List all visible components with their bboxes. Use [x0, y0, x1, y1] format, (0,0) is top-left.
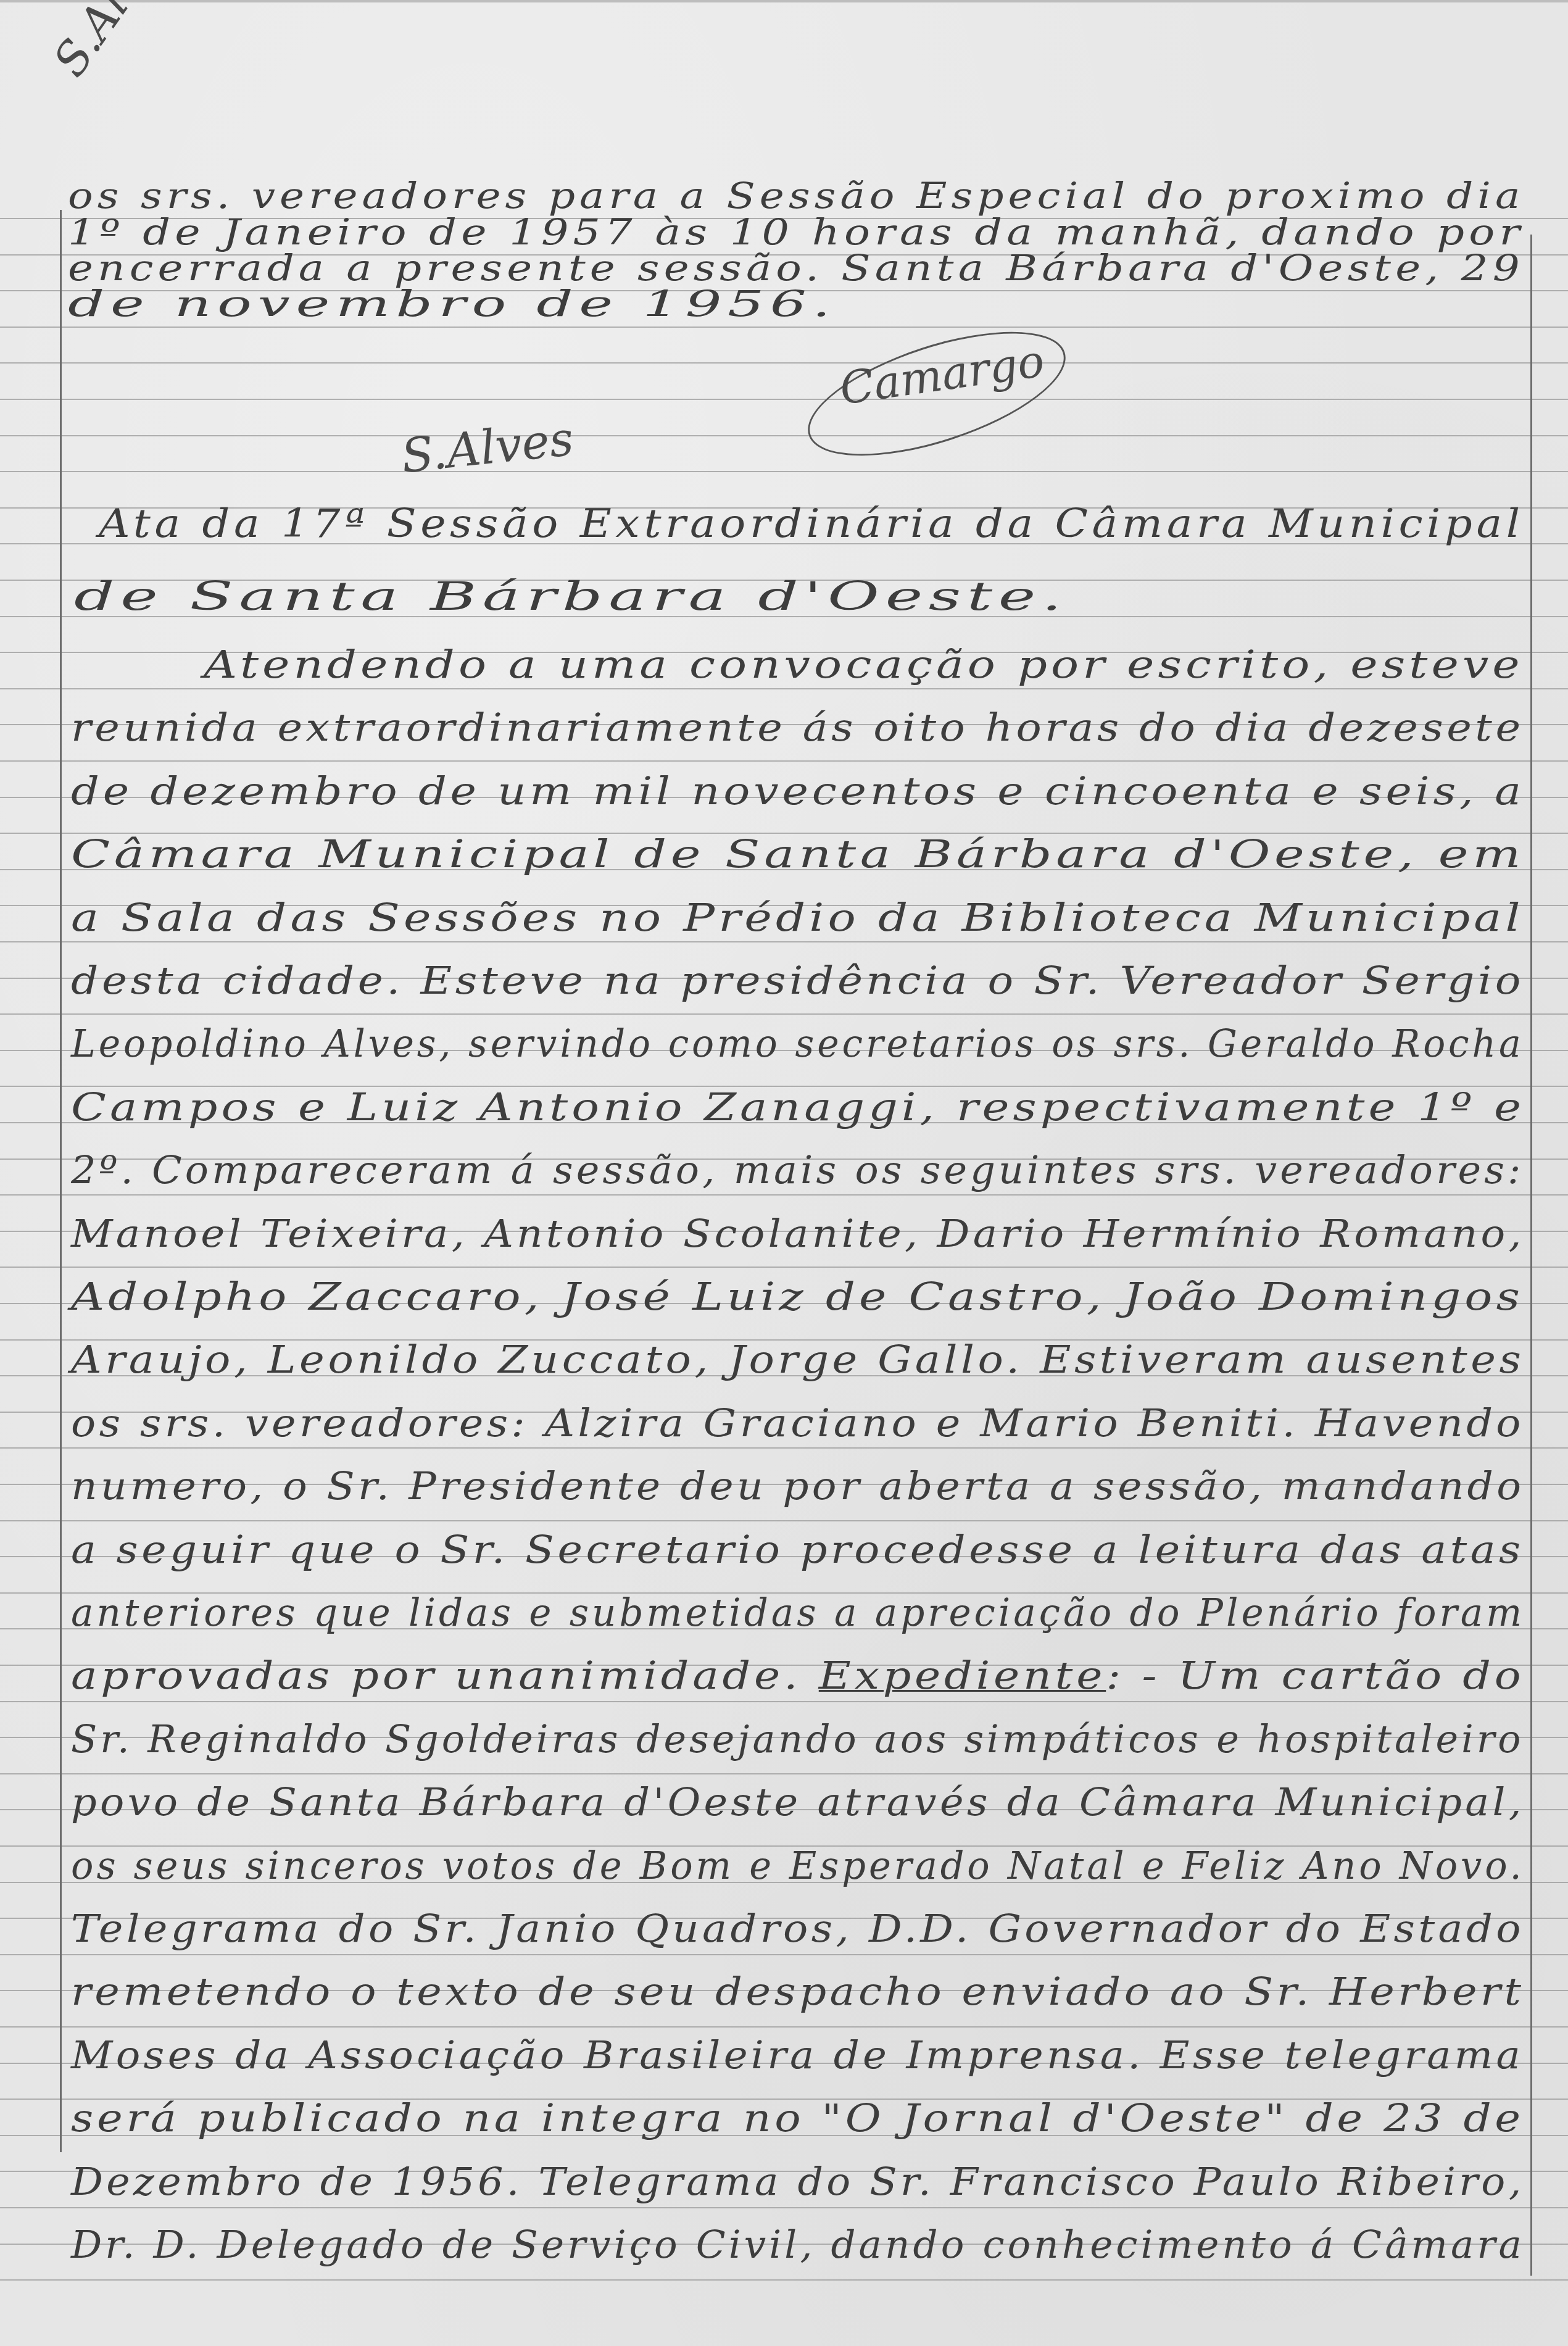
minutes-body-line: Manoel Teixeira, Antonio Scolanite, Dari… [71, 1211, 1525, 1256]
minutes-heading-line-1: Ata da 17ª Sessão Extraordinária da Câma… [99, 501, 1524, 547]
prev-minutes-line-1: os srs. vereadores para a Sessão Especia… [68, 175, 1524, 217]
ruled-line [0, 1013, 1568, 1015]
minutes-body-line: 2º. Compareceram á sessão, mais os segui… [71, 1147, 1524, 1192]
ruled-line [0, 1267, 1568, 1268]
minutes-body-line: desta cidade. Esteve na presidência o Sr… [71, 958, 1524, 1003]
minutes-body-line: Araujo, Leonildo Zuccato, Jorge Gallo. E… [71, 1337, 1524, 1382]
ruled-line [0, 1447, 1568, 1449]
minutes-body-line: os seus sinceros votos de Bom e Esperado… [71, 1843, 1525, 1888]
ruled-line [0, 327, 1568, 328]
ruled-line [0, 1520, 1568, 1521]
minutes-body-line: remetendo o texto de seu despacho enviad… [71, 1969, 1524, 2014]
ruled-line [0, 1194, 1568, 1196]
ruled-line [0, 760, 1568, 762]
minutes-body-line: Campos e Luiz Antonio Zanaggi, respectiv… [71, 1084, 1525, 1129]
minutes-body-line: Telegrama do Sr. Janio Quadros, D.D. Gov… [71, 1906, 1524, 1951]
ruled-line [0, 399, 1568, 400]
minutes-body-line: a seguir que o Sr. Secretario procedesse… [71, 1527, 1524, 1572]
minutes-body-line: povo de Santa Bárbara d'Oeste através da… [71, 1779, 1525, 1824]
minutes-body-line: Dr. D. Delegado de Serviço Civil, dando … [71, 2222, 1525, 2267]
minutes-body-line: Dezembro de 1956. Telegrama do Sr. Franc… [71, 2159, 1524, 2204]
ruled-line [0, 471, 1568, 472]
minutes-heading-line-2: de Santa Bárbara d'Oeste. [74, 574, 1068, 620]
document-page: S.Alves os srs. vereadores para a Sessão… [0, 0, 1568, 2346]
prev-minutes-line-4: de novembro de 1956. [68, 283, 836, 325]
right-margin-line [1530, 235, 1532, 2276]
minutes-body-line: Câmara Municipal de Santa Bárbara d'Oest… [71, 831, 1525, 876]
minutes-body-line: aprovadas por unanimidade. Expediente: -… [71, 1653, 1524, 1698]
ruled-line [0, 2279, 1568, 2281]
ruled-line [0, 362, 1568, 364]
minutes-body-line: Atendendo a uma convocação por escrito, … [204, 642, 1524, 687]
page-top-edge [0, 0, 1568, 2]
ruled-line [0, 2207, 1568, 2208]
minutes-body-line: a Sala das Sessões no Prédio da Bibliote… [71, 895, 1524, 940]
minutes-body-line: anteriores que lidas e submetidas a apre… [71, 1590, 1525, 1635]
ruled-line [0, 2026, 1568, 2028]
minutes-body-line: Sr. Reginaldo Sgoldeiras desejando aos s… [71, 1716, 1524, 1762]
ruled-line [0, 1954, 1568, 1955]
minutes-body-line: de dezembro de um mil novecentos e cinco… [71, 768, 1525, 813]
ruled-line [0, 1701, 1568, 1702]
minutes-body-line: será publicado na integra no "O Jornal d… [71, 2095, 1524, 2140]
minutes-body-line: reunida extraordinariamente ás oito hora… [71, 705, 1524, 750]
ruled-line [0, 435, 1568, 436]
ruled-line [0, 688, 1568, 689]
ruled-line [0, 941, 1568, 942]
left-margin-line [60, 210, 62, 2152]
minutes-body-line: numero, o Sr. Presidente deu por aberta … [71, 1463, 1524, 1508]
ruled-line [0, 1773, 1568, 1774]
minutes-body-line: Adolpho Zaccaro, José Luiz de Castro, Jo… [71, 1274, 1524, 1319]
minutes-body-line: os srs. vereadores: Alzira Graciano e Ma… [71, 1400, 1524, 1445]
signature-initials-top-left: S.Alves [43, 0, 183, 86]
minutes-body-line: Leopoldino Alves, servindo como secretar… [71, 1021, 1524, 1066]
signature-alves: S.Alves [399, 411, 576, 484]
expediente-underlined: Expediente [819, 1653, 1106, 1698]
minutes-body-line: Moses da Associação Brasileira de Impren… [71, 2032, 1524, 2078]
